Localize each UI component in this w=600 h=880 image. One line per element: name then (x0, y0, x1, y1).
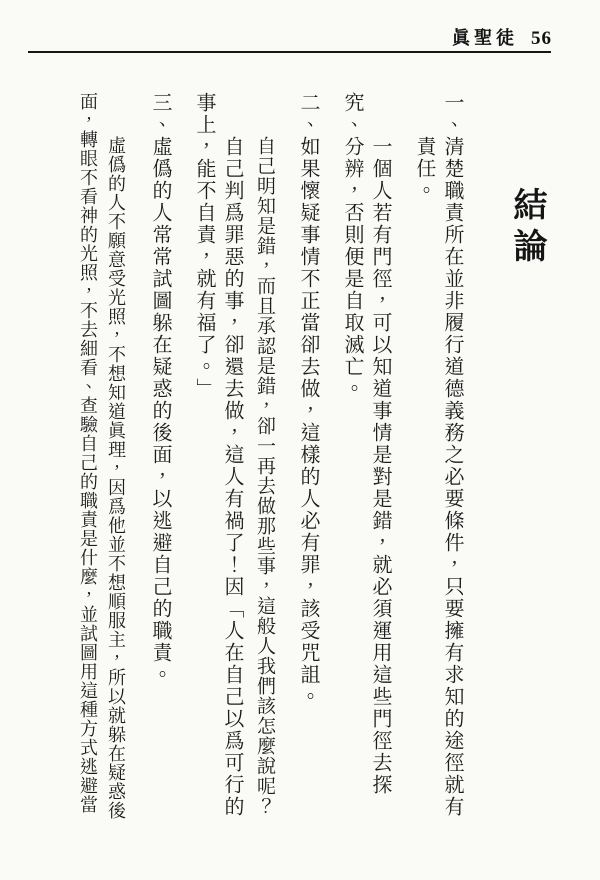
vertical-paragraph-7: 虛僞的人不願意受光照，不想知道眞理，因爲他並不想順服主，所以就躲在疑惑後面，轉眼… (74, 92, 130, 832)
vertical-paragraph-2: 一個人若有門徑，可以知道事情是對是錯，就必須運用這些門徑去探究、分辨，否則便是自… (338, 92, 394, 832)
vertical-paragraph-5: 自己判爲罪惡的事，卻還去做，這人有禍了！因「人在自己以爲可行的事上，能不自責，就… (190, 92, 246, 832)
vertical-paragraph-1: 一、清楚職責所在並非履行道德義務之必要條件，只要擁有求知的途徑就有責任。 (410, 92, 466, 832)
vertical-paragraph-3: 二、如果懷疑事情不正當卻去做，這樣的人必有罪，該受咒詛。 (294, 92, 322, 832)
page-header: 眞聖徒 56 (452, 24, 552, 50)
section-title: 結論 (504, 92, 548, 832)
vertical-paragraph-6: 三、虛僞的人常常試圖躲在疑惑的後面，以逃避自己的職責。 (146, 92, 174, 832)
running-title: 眞聖徒 (452, 24, 518, 50)
vertical-paragraph-4: 自己明知是錯，而且承認是錯，卻一再去做那些事，這般人我們該怎麼說呢？ (250, 92, 278, 832)
document-body: 結論 一、清楚職責所在並非履行道德義務之必要條件，只要擁有求知的途徑就有責任。一… (58, 92, 548, 832)
header-rule (28, 51, 551, 53)
book-page: 眞聖徒 56 結論 一、清楚職責所在並非履行道德義務之必要條件，只要擁有求知的途… (0, 0, 600, 880)
page-number: 56 (531, 28, 552, 50)
